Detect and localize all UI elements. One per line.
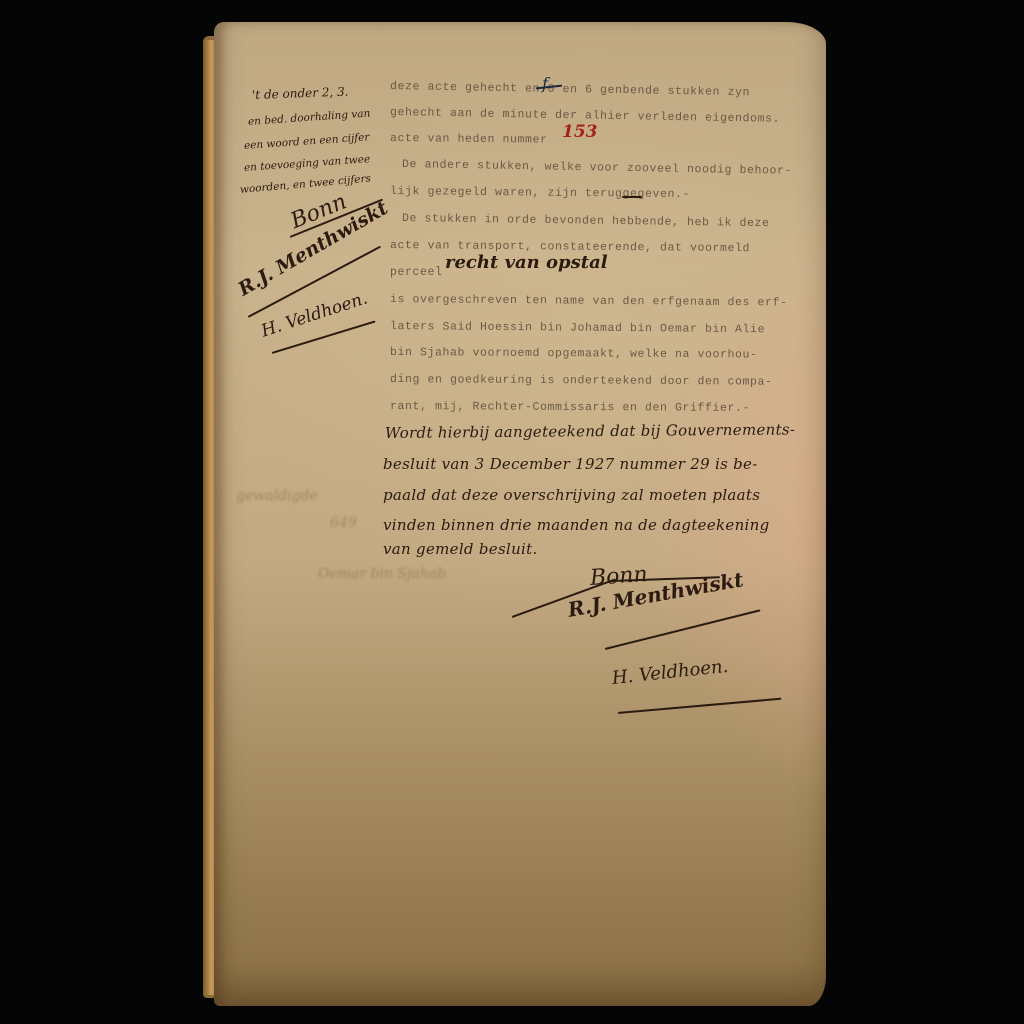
bleed-through-text: gewaldigde [236,488,318,504]
bleed-through-text: 649 [330,515,357,531]
struck-numeral: f [542,74,548,93]
annotation-line: vinden binnen drie maanden na de dagteek… [383,516,770,534]
typed-line: rant, mij, Rechter-Commissaris en den Gr… [390,400,750,415]
typed-line: perceel [390,266,443,279]
annotation-line: paald dat deze overschrijving zal moeten… [383,486,760,504]
typed-line: acte van heden nummer [390,132,548,147]
perceel-insert: recht van opstal [445,252,608,273]
deed-number: 153 [562,122,598,142]
bleed-through-text: Oemar bin Sjahab [318,566,446,582]
annotation-line: Wordt hierbij aangeteekend dat bij Gouve… [385,420,795,442]
annotation-line: besluit van 3 December 1927 nummer 29 is… [383,455,758,473]
typed-line: bin Sjahab voornoemd opgemaakt, welke na… [390,346,758,362]
underline-mark [622,196,642,198]
annotation-line: van gemeld besluit. [383,540,538,558]
typed-line: ding en goedkeuring is onderteekend door… [390,373,773,389]
